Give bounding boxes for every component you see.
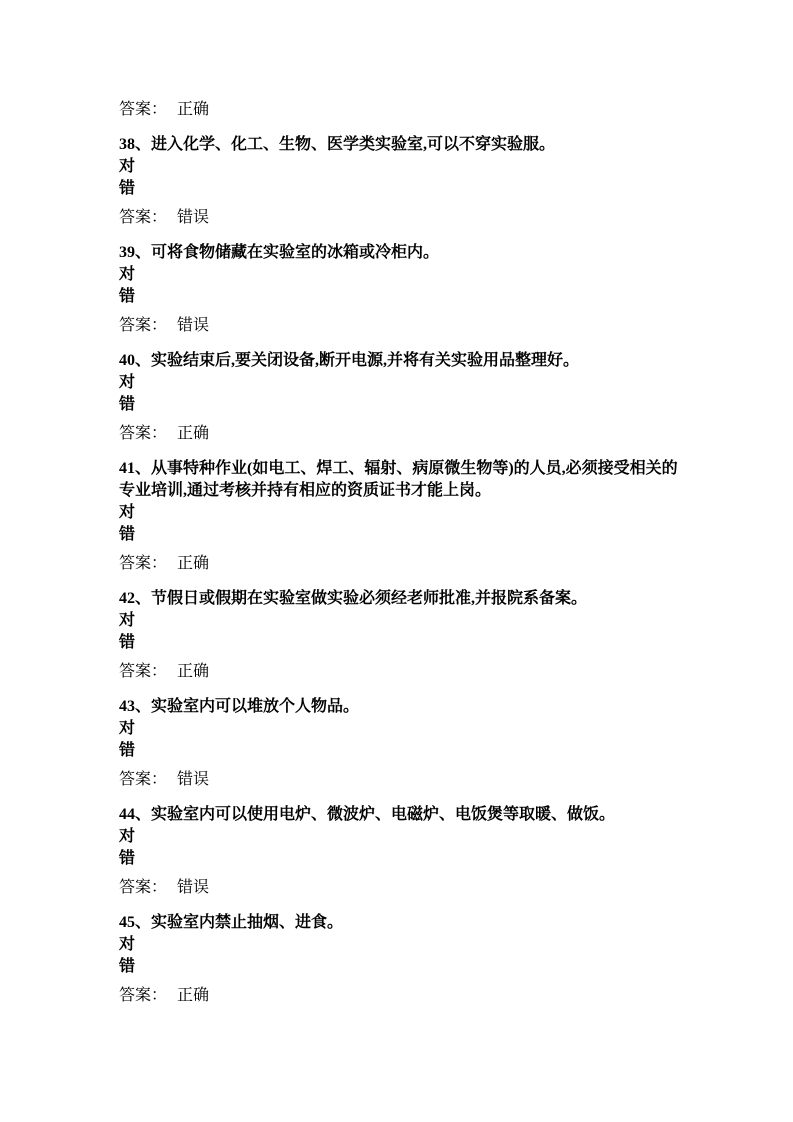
- question-block-43: 43、实验室内可以堆放个人物品。 对 错 答案：错误: [119, 696, 678, 791]
- question-block-41: 41、从事特种作业(如电工、焊工、辐射、病原微生物等)的人员,必须接受相关的专业…: [119, 458, 678, 575]
- question-body: 节假日或假期在实验室做实验必须经老师批准,并报院系备案。: [151, 590, 587, 607]
- answer-value: 正确: [177, 555, 209, 572]
- question-number: 43、: [119, 698, 151, 715]
- answer-line: 答案：正确: [119, 553, 678, 575]
- question-text: 44、实验室内可以使用电炉、微波炉、电磁炉、电饭煲等取暖、做饭。: [119, 804, 678, 826]
- option-false: 错: [119, 848, 678, 870]
- answer-label: 答案：: [119, 209, 167, 226]
- question-block-38: 38、进入化学、化工、生物、医学类实验室,可以不穿实验服。 对 错 答案：错误: [119, 134, 678, 229]
- answer-label: 答案：: [119, 987, 167, 1004]
- option-true: 对: [119, 156, 678, 178]
- question-text: 39、可将食物储藏在实验室的冰箱或冷柜内。: [119, 242, 678, 264]
- answer-value: 正确: [177, 101, 209, 118]
- question-block-42: 42、节假日或假期在实验室做实验必须经老师批准,并报院系备案。 对 错 答案：正…: [119, 588, 678, 683]
- question-block-40: 40、实验结束后,要关闭设备,断开电源,并将有关实验用品整理好。 对 错 答案：…: [119, 350, 678, 445]
- question-text: 45、实验室内禁止抽烟、进食。: [119, 912, 678, 934]
- answer-line: 答案：正确: [119, 985, 678, 1007]
- option-false: 错: [119, 286, 678, 308]
- question-block-45: 45、实验室内禁止抽烟、进食。 对 错 答案：正确: [119, 912, 678, 1007]
- answer-label: 答案：: [119, 425, 167, 442]
- option-true: 对: [119, 502, 678, 524]
- answer-label: 答案：: [119, 771, 167, 788]
- question-body: 实验室内可以堆放个人物品。: [151, 698, 359, 715]
- answer-value: 正确: [177, 425, 209, 442]
- question-number: 42、: [119, 590, 151, 607]
- question-number: 41、: [119, 460, 151, 477]
- question-text: 40、实验结束后,要关闭设备,断开电源,并将有关实验用品整理好。: [119, 350, 678, 372]
- option-true: 对: [119, 826, 678, 848]
- answer-line: 答案：错误: [119, 207, 678, 229]
- option-false: 错: [119, 956, 678, 978]
- option-false: 错: [119, 178, 678, 200]
- question-number: 38、: [119, 136, 151, 153]
- question-number: 44、: [119, 806, 151, 823]
- question-number: 45、: [119, 914, 151, 931]
- question-body: 从事特种作业(如电工、焊工、辐射、病原微生物等)的人员,必须接受相关的专业培训,…: [119, 460, 678, 499]
- question-body: 实验室内可以使用电炉、微波炉、电磁炉、电饭煲等取暖、做饭。: [151, 806, 615, 823]
- question-text: 43、实验室内可以堆放个人物品。: [119, 696, 678, 718]
- option-true: 对: [119, 718, 678, 740]
- question-body: 实验室内禁止抽烟、进食。: [151, 914, 343, 931]
- answer-value: 正确: [177, 987, 209, 1004]
- answer-value: 错误: [177, 209, 209, 226]
- question-body: 实验结束后,要关闭设备,断开电源,并将有关实验用品整理好。: [151, 352, 579, 369]
- option-true: 对: [119, 934, 678, 956]
- answer-line: 答案：正确: [119, 661, 678, 683]
- answer-label: 答案：: [119, 663, 167, 680]
- option-false: 错: [119, 740, 678, 762]
- option-true: 对: [119, 372, 678, 394]
- answer-label: 答案：: [119, 555, 167, 572]
- question-number: 39、: [119, 244, 151, 261]
- answer-label: 答案：: [119, 879, 167, 896]
- question-number: 40、: [119, 352, 151, 369]
- answer-line: 答案：错误: [119, 769, 678, 791]
- answer-line: 答案：错误: [119, 877, 678, 899]
- answer-line: 答案：正确: [119, 423, 678, 445]
- option-false: 错: [119, 632, 678, 654]
- question-text: 38、进入化学、化工、生物、医学类实验室,可以不穿实验服。: [119, 134, 678, 156]
- answer-value: 正确: [177, 663, 209, 680]
- question-text: 41、从事特种作业(如电工、焊工、辐射、病原微生物等)的人员,必须接受相关的专业…: [119, 458, 678, 502]
- answer-value: 错误: [177, 879, 209, 896]
- question-block-39: 39、可将食物储藏在实验室的冰箱或冷柜内。 对 错 答案：错误: [119, 242, 678, 337]
- quiz-document-page: 答案：正确 38、进入化学、化工、生物、医学类实验室,可以不穿实验服。 对 错 …: [0, 0, 793, 1122]
- question-body: 可将食物储藏在实验室的冰箱或冷柜内。: [151, 244, 439, 261]
- answer-label: 答案：: [119, 101, 167, 118]
- option-false: 错: [119, 524, 678, 546]
- question-block-44: 44、实验室内可以使用电炉、微波炉、电磁炉、电饭煲等取暖、做饭。 对 错 答案：…: [119, 804, 678, 899]
- answer-line: 答案：错误: [119, 315, 678, 337]
- answer-label: 答案：: [119, 317, 167, 334]
- answer-line: 答案：正确: [119, 99, 678, 121]
- option-false: 错: [119, 394, 678, 416]
- question-text: 42、节假日或假期在实验室做实验必须经老师批准,并报院系备案。: [119, 588, 678, 610]
- option-true: 对: [119, 264, 678, 286]
- question-body: 进入化学、化工、生物、医学类实验室,可以不穿实验服。: [151, 136, 555, 153]
- answer-value: 错误: [177, 317, 209, 334]
- option-true: 对: [119, 610, 678, 632]
- answer-value: 错误: [177, 771, 209, 788]
